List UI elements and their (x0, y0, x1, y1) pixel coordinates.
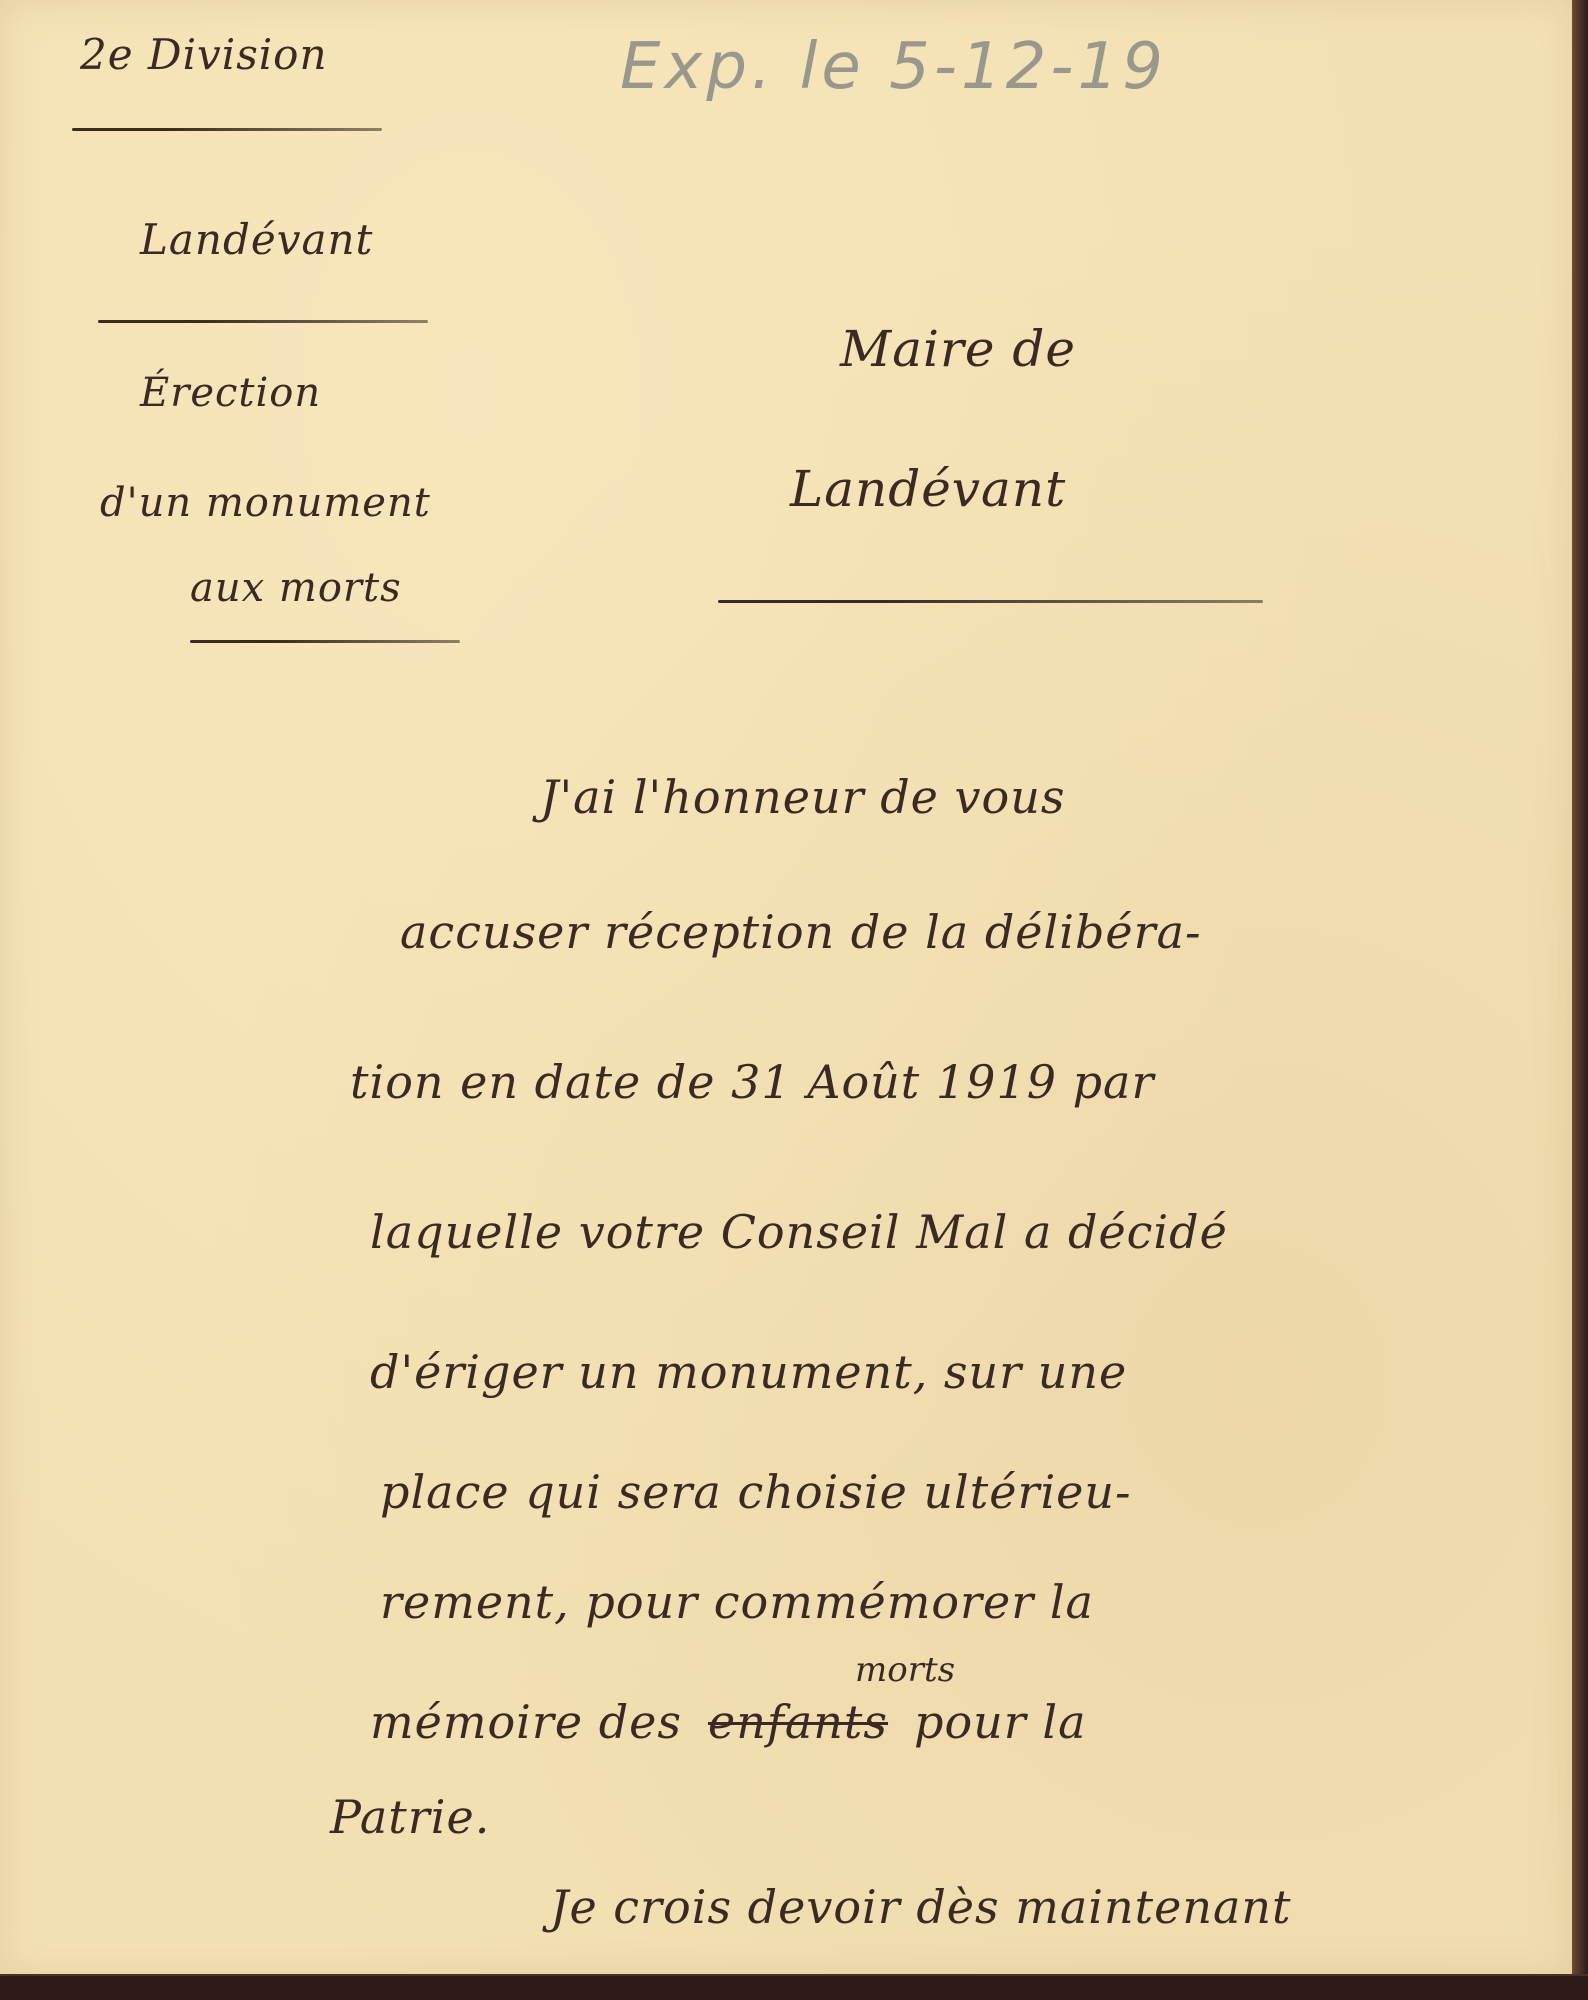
divider-rule (72, 128, 382, 131)
subject-line-1: Érection (140, 370, 321, 416)
body-line: accuser réception de la délibéra- (400, 905, 1202, 959)
body-line: J'ai l'honneur de vous (540, 770, 1065, 824)
addressee-line-1: Maire de (840, 320, 1076, 378)
subject-line-3: aux morts (190, 565, 402, 611)
commune-label: Landévant (140, 215, 373, 264)
pencil-annotation: Exp. le 5-12-19 (620, 30, 1167, 104)
body-line: tion en date de 31 Août 1919 par (350, 1055, 1154, 1109)
letter-page: 2e Division Landévant Érection d'un monu… (0, 0, 1572, 1978)
inserted-correction: morts (855, 1650, 955, 1690)
body-line-with-correction: mémoire desenfantspour la (370, 1695, 1087, 1749)
struck-word: enfants (708, 1695, 888, 1749)
page-edge-bottom (0, 1974, 1588, 2000)
body-line: Je crois devoir dès maintenant (550, 1880, 1292, 1934)
addressee-line-2: Landévant (790, 460, 1066, 518)
division-label: 2e Division (80, 30, 328, 79)
page-edge-right (1572, 0, 1588, 2000)
body-line: laquelle votre Conseil Mal a décidé (370, 1205, 1228, 1259)
body-line-tail: pour la (914, 1695, 1087, 1749)
body-line: rement, pour commémorer la (380, 1575, 1094, 1629)
body-line: Patrie. (330, 1790, 490, 1844)
subject-line-2: d'un monument (100, 480, 431, 526)
divider-rule (190, 640, 460, 643)
divider-rule (98, 320, 428, 323)
divider-rule (718, 600, 1263, 603)
body-line: d'ériger un monument, sur une (370, 1345, 1127, 1399)
body-line: place qui sera choisie ultérieu- (380, 1465, 1132, 1519)
body-line-start: mémoire des (370, 1695, 682, 1749)
